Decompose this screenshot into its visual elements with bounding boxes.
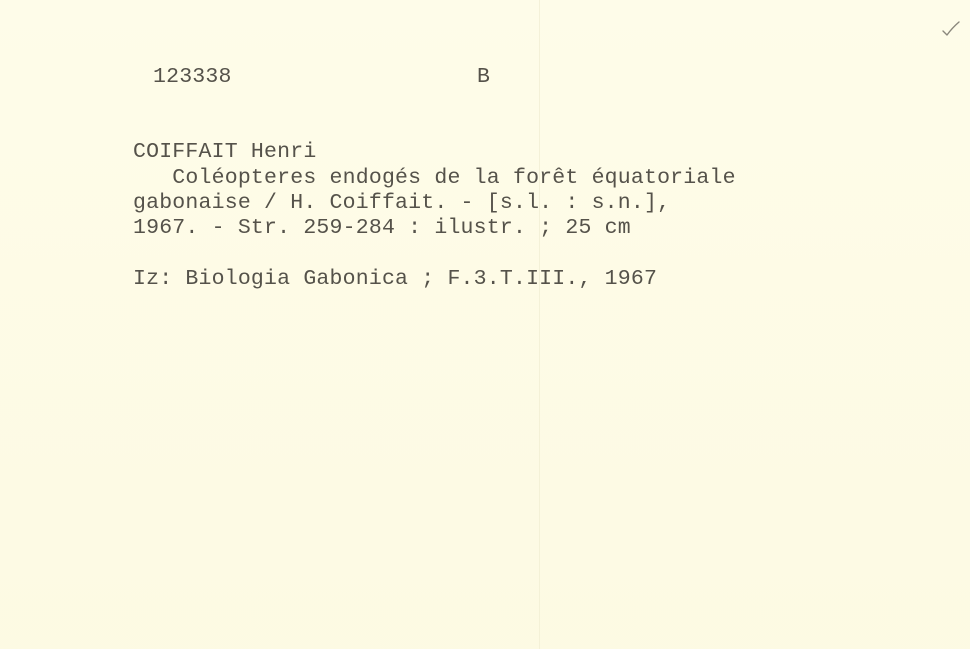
- location-code: B: [477, 64, 490, 90]
- source-note: Iz: Biologia Gabonica ; F.3.T.III., 1967: [133, 266, 657, 292]
- card-fold-line: [539, 0, 540, 649]
- description-line-3: 1967. - Str. 259-284 : ilustr. ; 25 cm: [133, 215, 631, 241]
- accession-number: 123338: [153, 64, 232, 90]
- description-line-2: gabonaise / H. Coiffait. - [s.l. : s.n.]…: [133, 190, 670, 216]
- checkmark-icon: [941, 20, 961, 38]
- description-line-1: Coléopteres endogés de la forêt équatori…: [133, 165, 736, 191]
- author-heading: COIFFAIT Henri: [133, 139, 316, 165]
- catalog-card: 123338 B COIFFAIT Henri Coléopteres endo…: [0, 0, 970, 649]
